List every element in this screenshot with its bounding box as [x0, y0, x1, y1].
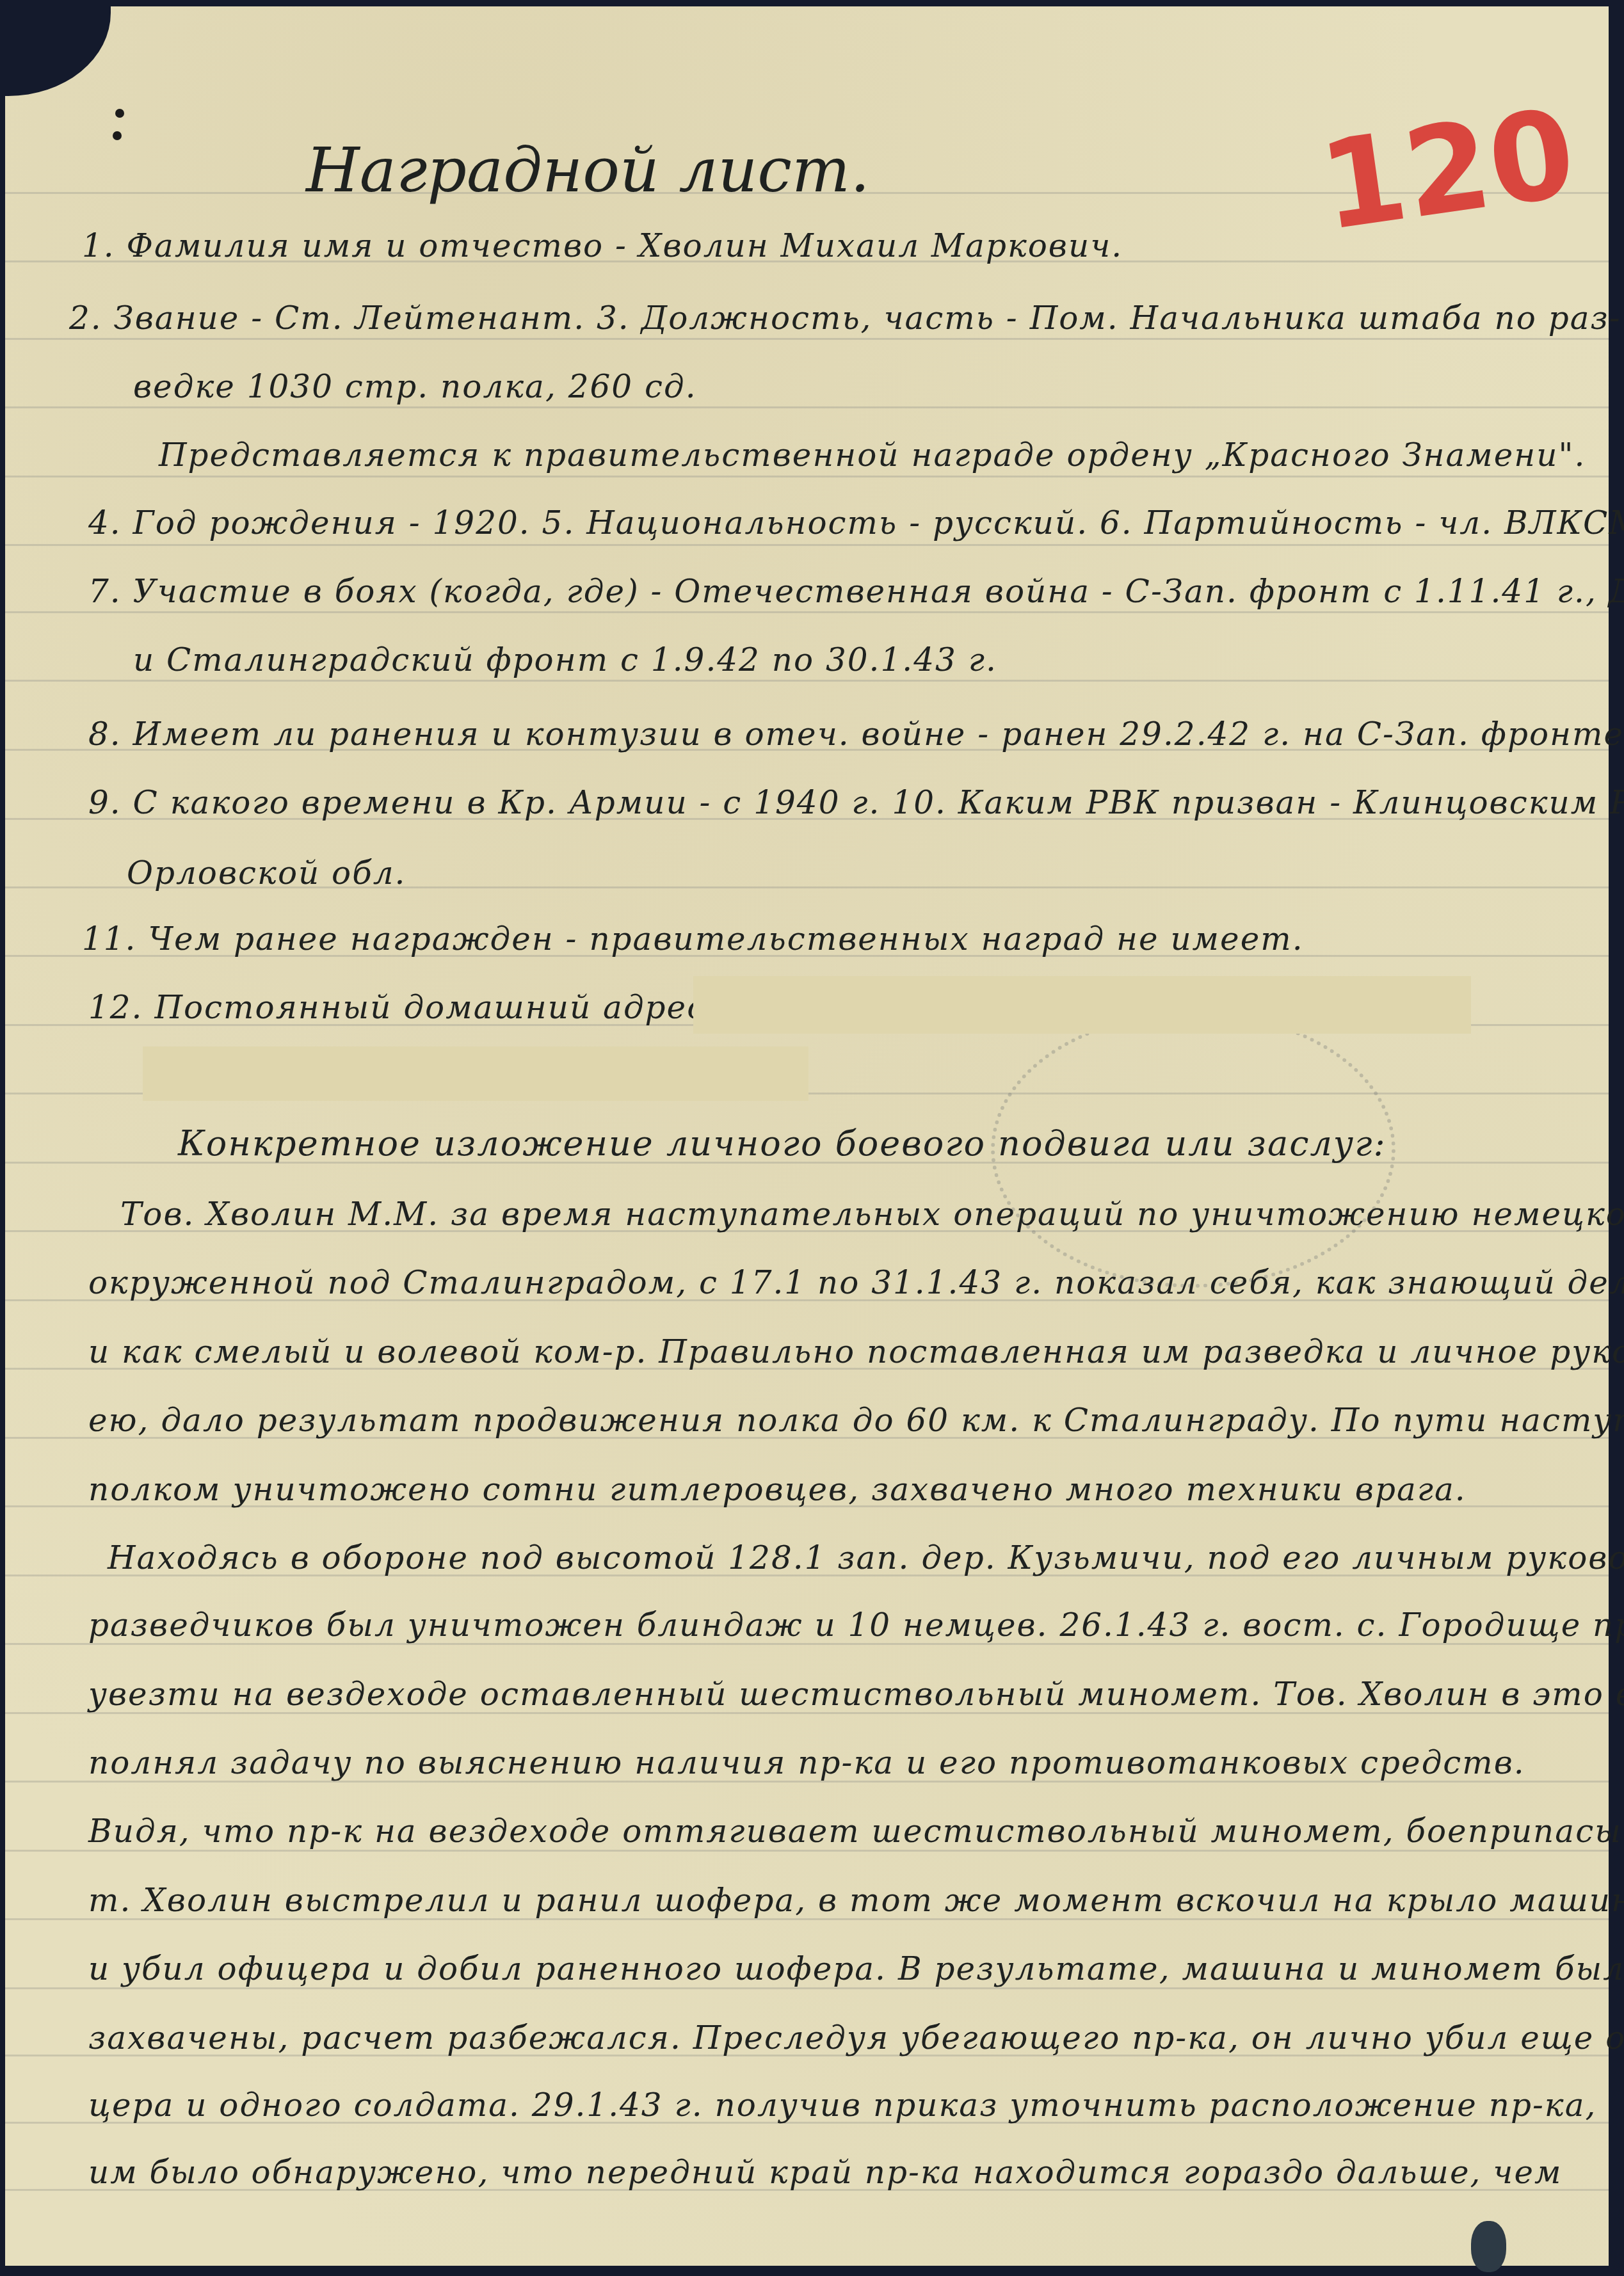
section-heading: Конкретное изложение личного боевого под…	[178, 1123, 1387, 1164]
narrative-line: цера и одного солдата. 29.1.43 г. получи…	[88, 2087, 1596, 2124]
red-pencil-number: 120	[1312, 82, 1584, 257]
narrative-line: полком уничтожено сотни гитлеровцев, зах…	[88, 1471, 1467, 1508]
ruled-line	[5, 680, 1609, 682]
narrative-line: т. Хволин выстрелил и ранил шофера, в то…	[88, 1882, 1624, 1919]
ruled-line	[5, 1850, 1609, 1852]
ruled-line	[5, 611, 1609, 613]
narrative-line: Видя, что пр-к на вездеходе оттягивает ш…	[88, 1813, 1624, 1850]
torn-corner	[5, 6, 111, 96]
field-combat-participation: 7. Участие в боях (когда, где) - Отечест…	[88, 573, 1624, 610]
award-nomination: Представляется к правительственной награ…	[159, 437, 1586, 474]
narrative-line: разведчиков был уничтожен блиндаж и 10 н…	[88, 1607, 1624, 1644]
field-unit: ведке 1030 стр. полка, 260 сд.	[133, 368, 697, 405]
narrative-line: полнял задачу по выяснению наличия пр-ка…	[88, 1744, 1525, 1781]
ruled-line	[5, 406, 1609, 408]
narrative-line: ею, дало результат продвижения полка до …	[88, 1402, 1624, 1439]
ruled-line	[5, 476, 1609, 477]
field-birth-nationality-party: 4. Год рождения - 1920. 5. Национальност…	[88, 504, 1624, 541]
document-title: Наградной лист.	[306, 134, 870, 206]
narrative-line: окруженной под Сталинградом, с 17.1 по 3…	[88, 1264, 1624, 1301]
narrative-line: им было обнаружено, что передний край пр…	[88, 2154, 1562, 2191]
ink-blot	[1471, 2221, 1506, 2272]
ruled-line	[5, 1987, 1609, 1989]
narrative-line: увезти на вездеходе оставленный шестиств…	[88, 1676, 1624, 1713]
field-full-name: 1. Фамилия имя и отчество - Хволин Михаи…	[82, 227, 1123, 264]
field-wounds: 8. Имеет ли ранения и контузии в отеч. в…	[88, 716, 1624, 753]
field-rank-position: 2. Звание - Ст. Лейтенант. 3. Должность,…	[69, 300, 1621, 337]
narrative-line: и как смелый и волевой ком-р. Правильно …	[88, 1333, 1624, 1370]
narrative-line: захвачены, расчет разбежался. Преследуя …	[88, 2019, 1624, 2056]
field-service-conscription: 9. С какого времени в Кр. Армии - с 1940…	[88, 784, 1624, 821]
redacted-address-cont	[143, 1046, 808, 1101]
narrative-line: Находясь в обороне под высотой 128.1 зап…	[108, 1539, 1624, 1576]
punch-hole	[115, 109, 124, 118]
field-combat-participation-cont: и Сталинградский фронт с 1.9.42 по 30.1.…	[133, 641, 997, 678]
field-home-address: 12. Постоянный домашний адрес -	[88, 989, 730, 1026]
field-conscription-region: Орловской обл.	[127, 854, 406, 892]
narrative-line: и убил офицера и добил раненного шофера.…	[88, 1950, 1624, 1987]
award-sheet-page: Наградной лист. 120 1. Фамилия имя и отч…	[5, 6, 1609, 2266]
field-previous-awards: 11. Чем ранее награжден - правительствен…	[82, 920, 1304, 958]
narrative-line: Тов. Хволин М.М. за время наступательных…	[120, 1196, 1624, 1233]
ruled-line	[5, 338, 1609, 340]
ruled-line	[5, 544, 1609, 546]
punch-hole	[113, 131, 122, 140]
redacted-address	[693, 976, 1471, 1034]
